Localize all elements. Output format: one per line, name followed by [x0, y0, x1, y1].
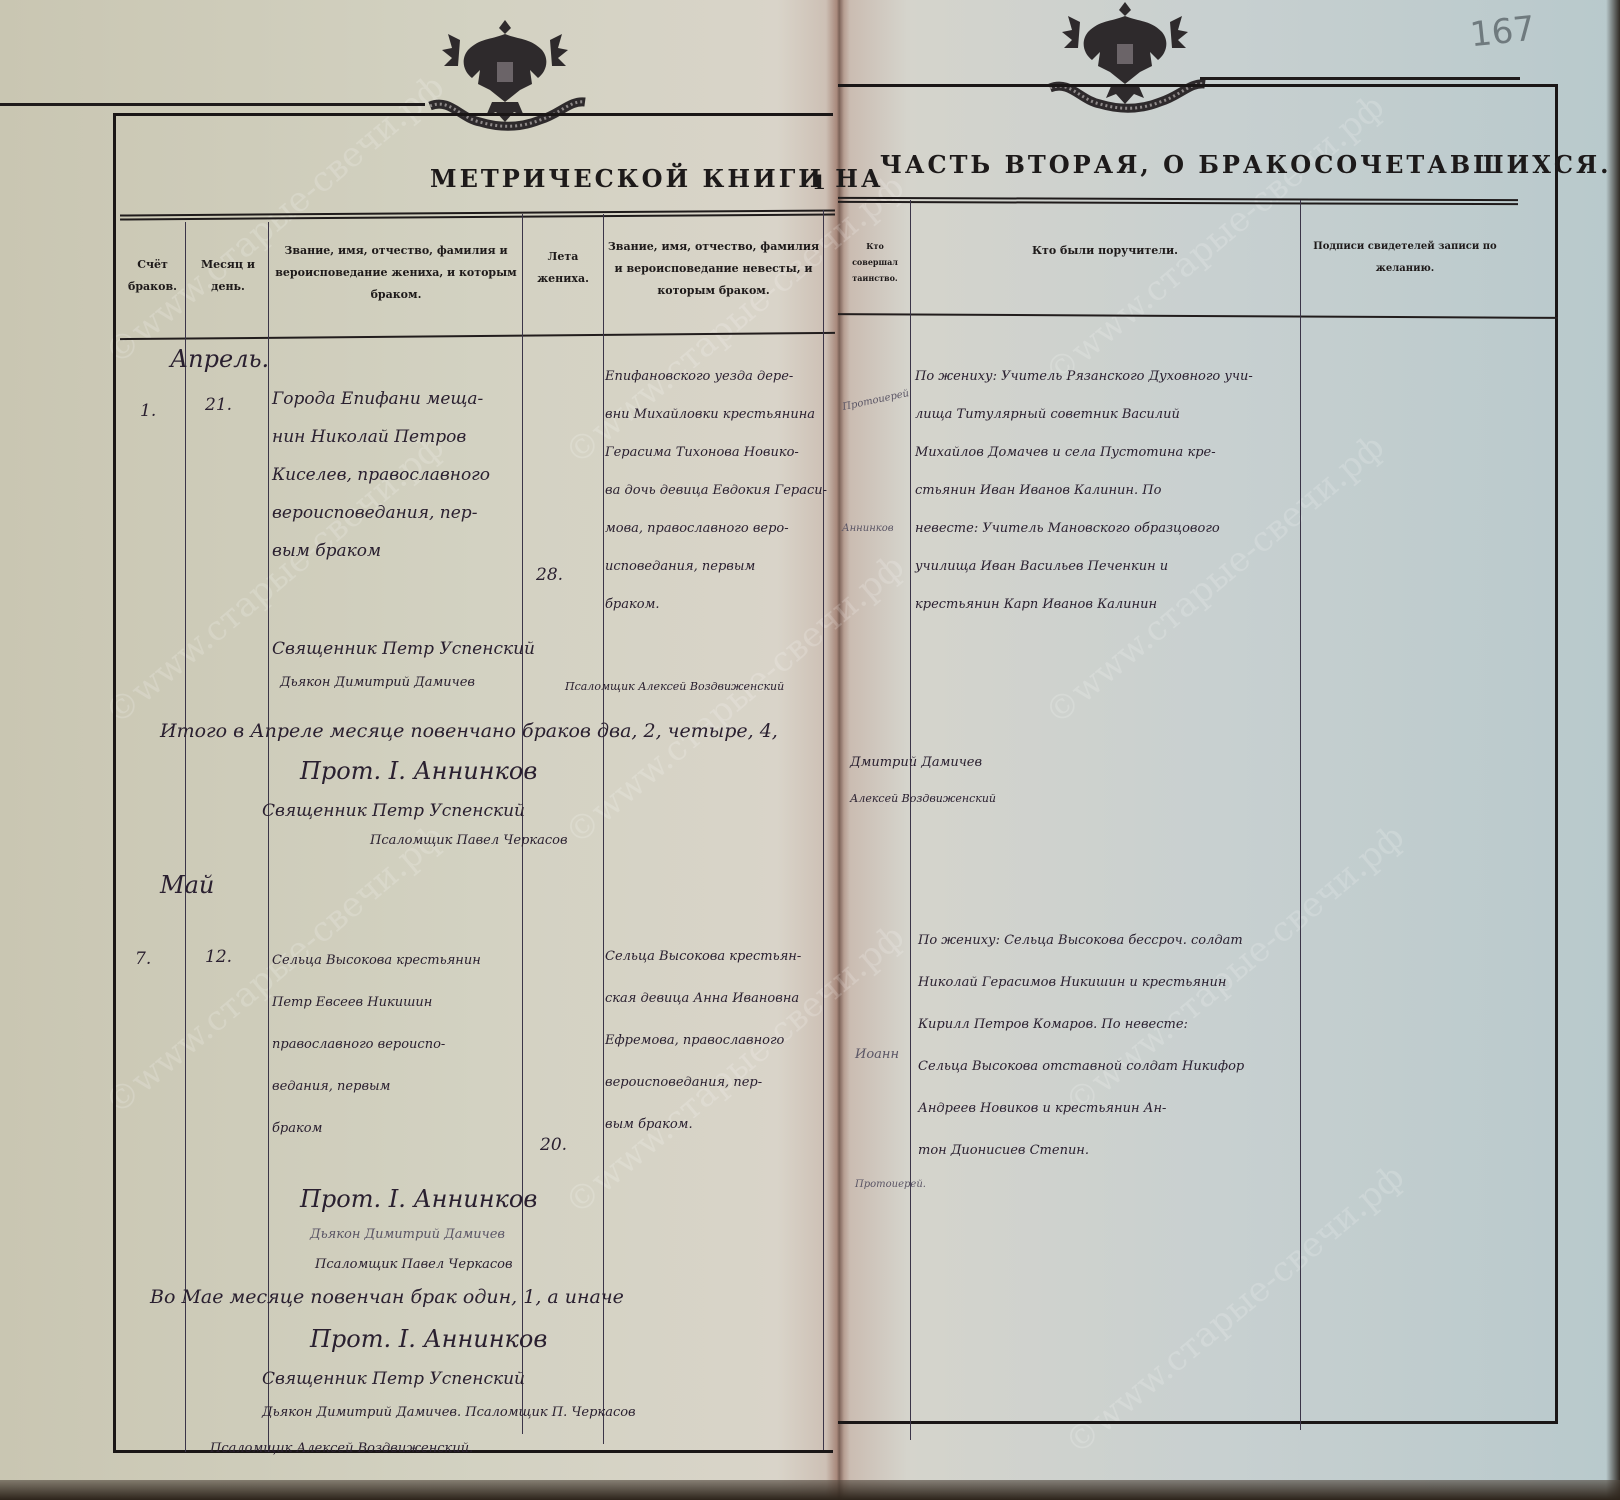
column-header-groom-age: Лета жениха.	[525, 246, 601, 290]
entry-groom-age: 28.	[536, 556, 563, 594]
sureties-line: По жениху: Сельца Высокова бессроч. солд…	[918, 920, 1244, 962]
sureties-line: крестьянин Карп Иванов Калинин	[915, 586, 1253, 624]
sureties-line: Кирилл Петров Комаров. По невесте:	[918, 1004, 1244, 1046]
header-rule	[1200, 77, 1520, 80]
sureties-line: тон Дионисиев Степин.	[918, 1130, 1244, 1172]
sureties-line: По жениху: Учитель Рязанского Духовного …	[915, 358, 1253, 396]
sureties-line: Николай Герасимов Никишин и крестьянин	[918, 962, 1244, 1004]
entry-number: 7.	[135, 940, 151, 978]
column-header-month-day: Месяц и день.	[188, 254, 268, 298]
summary-signature: Псаломщик Павел Черкасов	[370, 822, 568, 860]
sureties-line: Сельца Высокова отставной солдат Никифор	[918, 1046, 1244, 1088]
entry-officiant: Аннинков	[842, 510, 894, 548]
bride-line: Сельца Высокова крестьян-	[605, 936, 801, 978]
column-header-bride: Звание, имя, отчество, фамилия и вероисп…	[606, 236, 821, 302]
bride-line: мова, православного веро-	[605, 510, 827, 548]
column-divider	[910, 200, 911, 1440]
groom-line: браком	[272, 1108, 481, 1150]
entry-sureties: По жениху: Сельца Высокова бессроч. солд…	[918, 920, 1244, 1172]
entry-bride: Епифановского уезда дере- вни Михайловки…	[605, 358, 827, 624]
groom-line: Города Епифани меща-	[272, 380, 490, 418]
groom-line: Сельца Высокова крестьянин	[272, 940, 481, 982]
entry-bride: Сельца Высокова крестьян- ская девица Ан…	[605, 936, 801, 1146]
entry-day: 21.	[205, 386, 232, 424]
folio-number: 167	[1468, 9, 1537, 56]
column-header-groom: Звание, имя, отчество, фамилия и вероисп…	[272, 240, 520, 306]
entry-month: Май	[160, 866, 214, 904]
bride-line: Ефремова, православного	[605, 1020, 801, 1062]
column-header-officiant: Кто совершал таинство.	[843, 238, 907, 286]
bride-line: ва дочь девица Евдокия Гераси-	[605, 472, 827, 510]
bride-line: вероисповедания, пер-	[605, 1062, 801, 1104]
summary-signature: Священник Петр Успенский	[262, 1360, 525, 1398]
bride-line: исповедания, первым	[605, 548, 827, 586]
sureties-line: училища Иван Васильев Печенкин и	[915, 548, 1253, 586]
header-rule	[0, 103, 425, 106]
summary-signature: Прот. I. Аннинков	[300, 752, 537, 790]
summary-overflow: Алексей Воздвиженский	[850, 780, 996, 818]
clergy-signature: Священник Петр Успенский	[272, 630, 535, 668]
column-header-count: Счёт браков.	[120, 254, 185, 298]
column-header-signatures: Подписи свидетелей записи по желанию.	[1305, 236, 1505, 280]
column-divider	[603, 214, 604, 1444]
column-header-sureties: Кто были поручители.	[915, 240, 1295, 262]
bride-line: браком.	[605, 586, 827, 624]
groom-line: вым браком	[272, 532, 490, 570]
groom-line: вероисповедания, пер-	[272, 494, 490, 532]
summary-signature: Прот. I. Аннинков	[310, 1320, 547, 1358]
month-summary: Во Мае месяце повенчан брак один, 1, а и…	[150, 1278, 624, 1316]
entry-groom-age: 20.	[540, 1126, 567, 1164]
sureties-line: стьянин Иван Иванов Калинин. По	[915, 472, 1253, 510]
summary-overflow: Дмитрий Дамичев	[850, 744, 982, 782]
summary-signature: Дьякон Димитрий Дамичев. Псаломщик П. Че…	[262, 1394, 636, 1432]
page-bottom-edge	[0, 1480, 1620, 1500]
bride-line: вым браком.	[605, 1104, 801, 1146]
page-edge	[1606, 0, 1620, 1500]
bride-line: Епифановского уезда дере-	[605, 358, 827, 396]
bride-line: вни Михайловки крестьянина	[605, 396, 827, 434]
groom-line: ведания, первым	[272, 1066, 481, 1108]
clergy-signature: Псаломщик Алексей Воздвиженский	[565, 668, 784, 706]
bride-line: Герасима Тихонова Новико-	[605, 434, 827, 472]
title-year-fragment: 1	[812, 170, 829, 194]
entry-groom: Сельца Высокова крестьянин Петр Евсеев Н…	[272, 940, 481, 1150]
entry-number: 1.	[140, 392, 156, 430]
clergy-signature: Прот. I. Аннинков	[300, 1180, 537, 1218]
entry-sureties: По жениху: Учитель Рязанского Духовного …	[915, 358, 1253, 624]
sureties-line: Андреев Новиков и крестьянин Ан-	[918, 1088, 1244, 1130]
sureties-line: лища Титулярный советник Василий	[915, 396, 1253, 434]
entry-officiant: Протоиерей.	[855, 1166, 926, 1204]
book-spread: ©www.старые-свечи.рф ©www.старые-свечи.р…	[0, 0, 1620, 1500]
entry-groom: Города Епифани меща- нин Николай Петров …	[272, 380, 490, 570]
column-divider	[185, 222, 186, 1452]
groom-line: Киселев, православного	[272, 456, 490, 494]
entry-officiant: Иоанн	[855, 1036, 899, 1074]
month-summary: Итого в Апреле месяце повенчано браков д…	[160, 712, 778, 750]
column-divider	[268, 222, 269, 1452]
sureties-line: Михайлов Домачев и села Пустотина кре-	[915, 434, 1253, 472]
entry-month: Апрель.	[170, 340, 269, 378]
clergy-signature: Дьякон Димитрий Дамичев	[280, 664, 475, 702]
entry-day: 12.	[205, 938, 232, 976]
sureties-line: невесте: Учитель Мановского образцового	[915, 510, 1253, 548]
book-title-right: ЧАСТЬ ВТОРАЯ, О БРАКОСОЧЕТАВШИХСЯ.	[880, 150, 1611, 179]
bride-line: ская девица Анна Ивановна	[605, 978, 801, 1020]
groom-line: нин Николай Петров	[272, 418, 490, 456]
summary-signature: Псаломщик Алексей Воздвиженский.	[210, 1430, 473, 1468]
groom-line: православного вероиспо-	[272, 1024, 481, 1066]
column-divider	[1300, 200, 1301, 1430]
groom-line: Петр Евсеев Никишин	[272, 982, 481, 1024]
